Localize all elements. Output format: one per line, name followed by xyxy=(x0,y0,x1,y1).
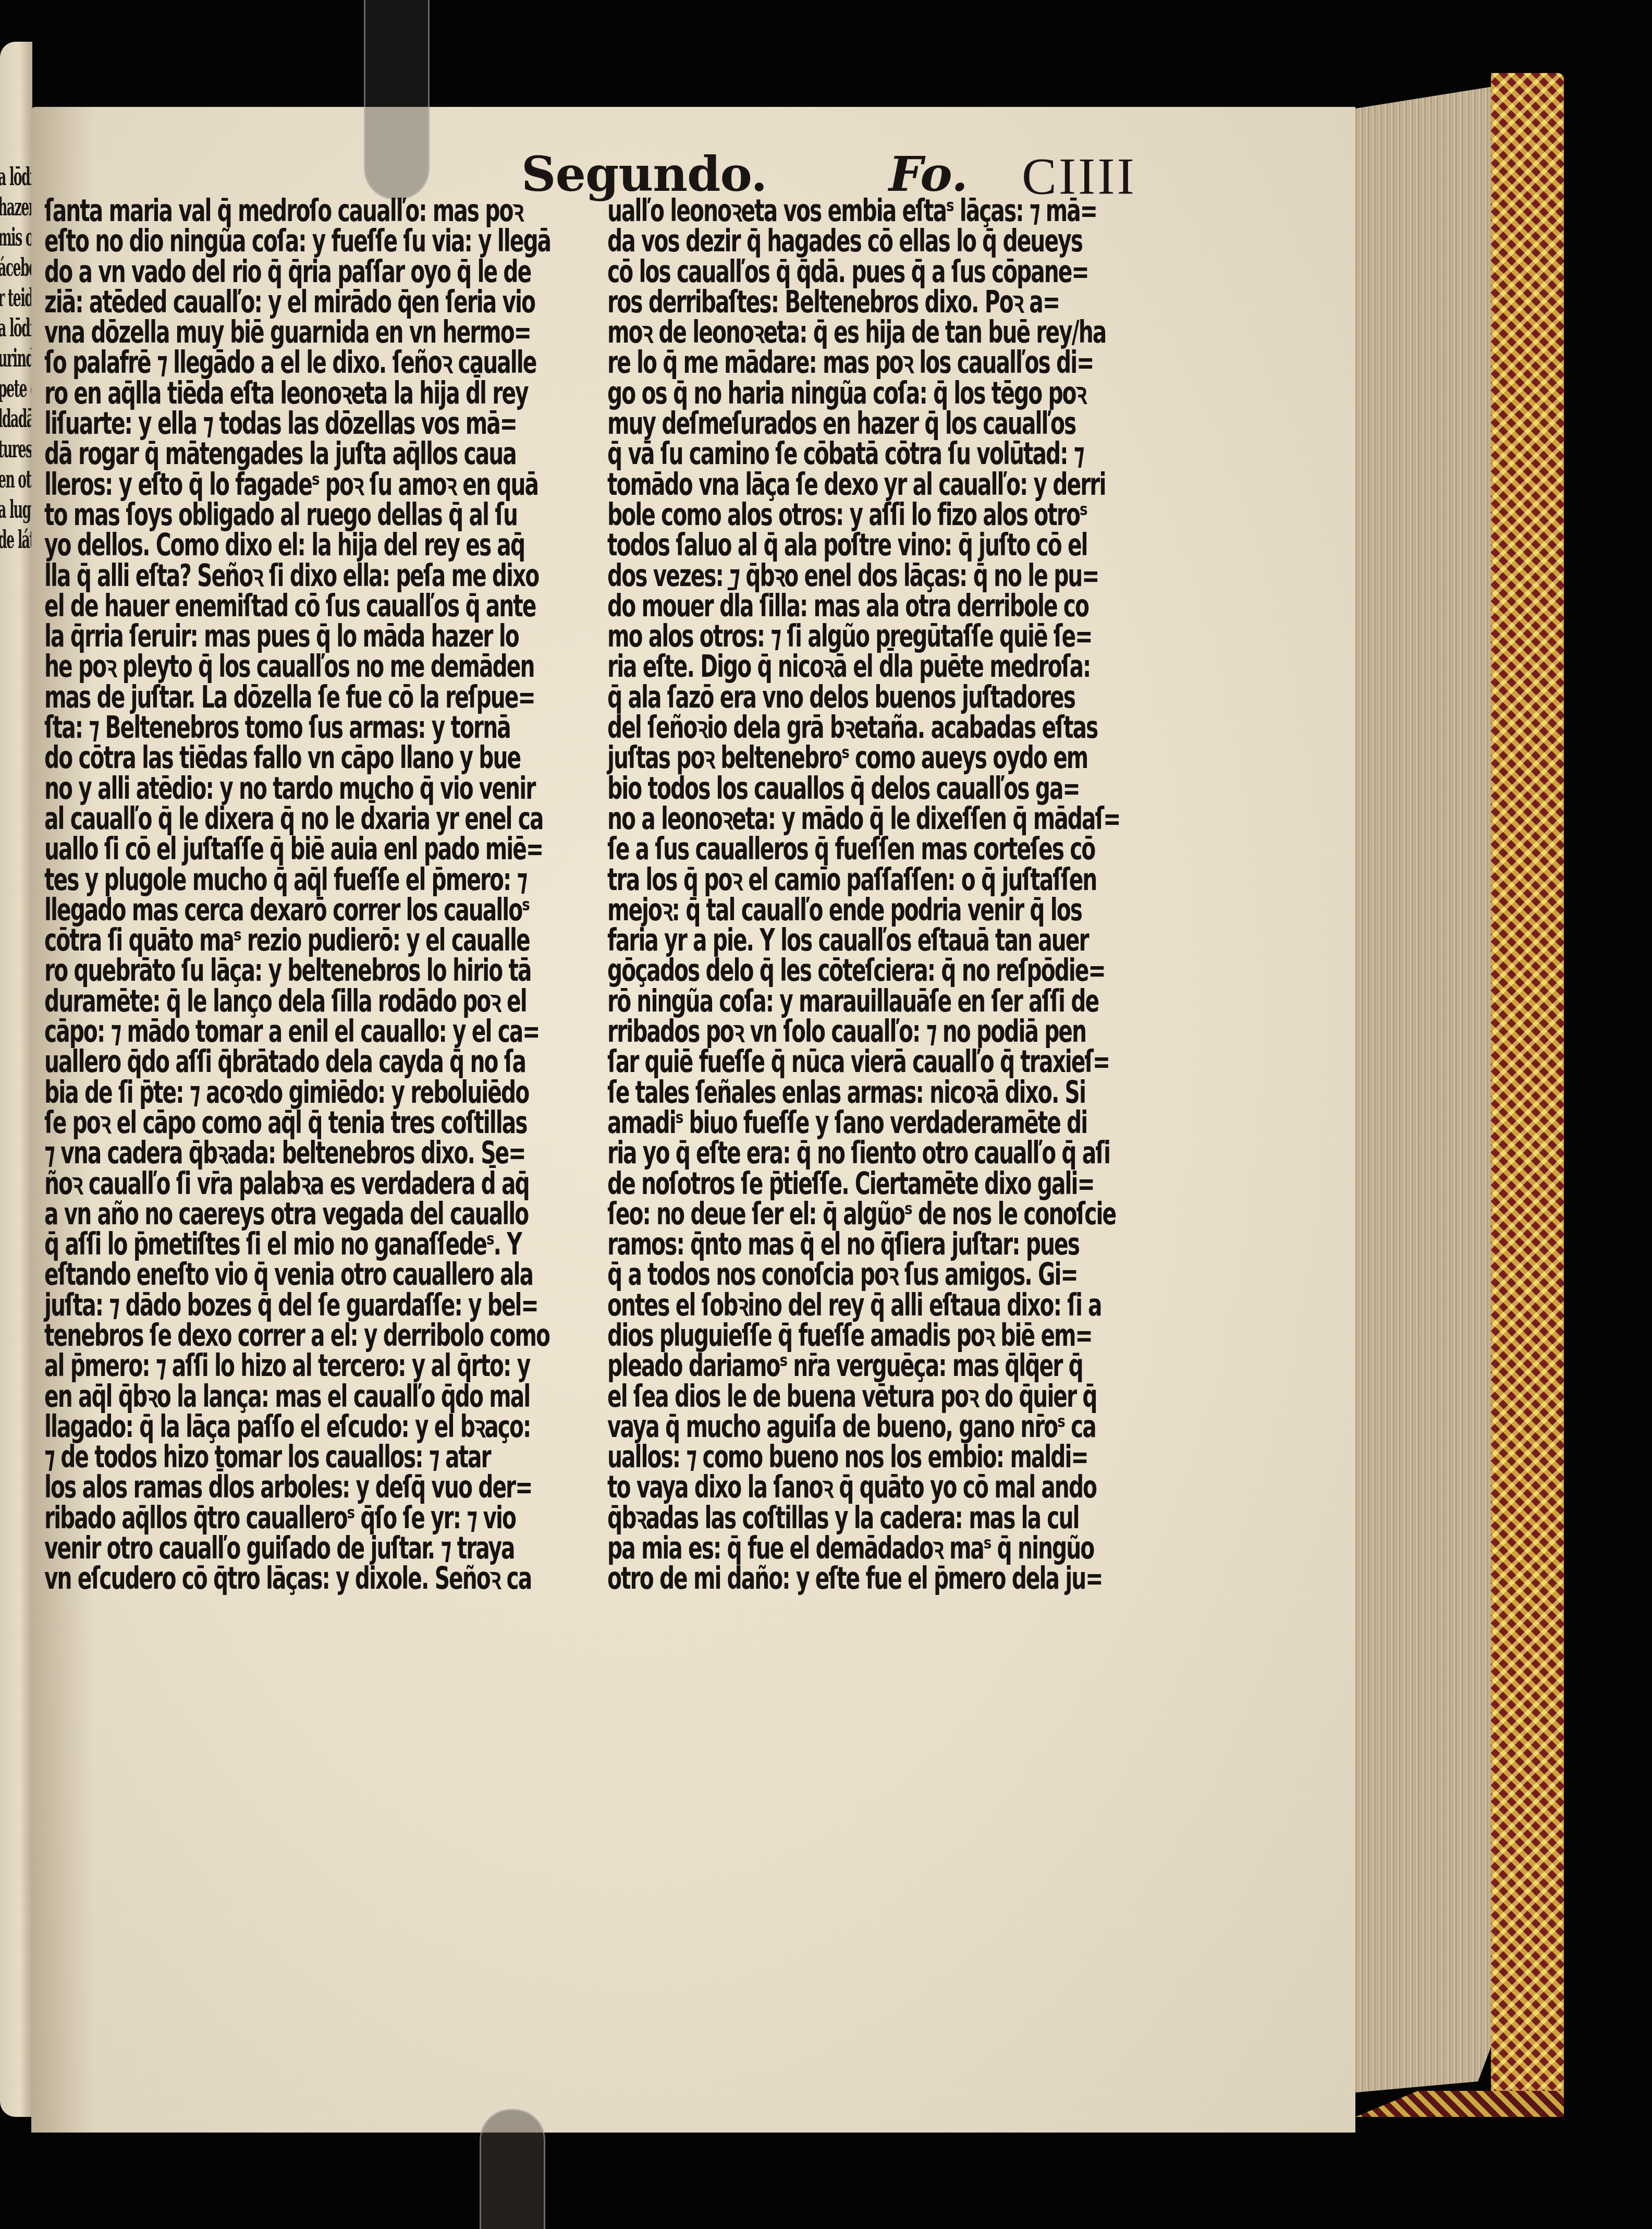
text-line: rō ningũa coſa: y marauillauāſe en ſer a… xyxy=(607,986,1018,1016)
text-line: yo dellos. Como dixo el: la hija del rey… xyxy=(44,530,465,560)
text-line: amadiˢ biuo fueſſe y ſano verdaderamēte … xyxy=(607,1107,1018,1138)
text-line: da vos dezir q̄ hagades cō ellas lo q̄ d… xyxy=(607,226,1018,256)
text-line: ro en aq̄lla tiēda eſta leonoꝛeta la hij… xyxy=(44,378,465,408)
text-line: ñoꝛ caualľo ſi vr̄a palabꝛa es verdadera… xyxy=(44,1168,465,1199)
text-line: el de hauer enemiſtad cō ſus caualľos q̄… xyxy=(44,591,465,621)
text-line: ⁊ vna cadera q̄bꝛada: beltenebros dixo. … xyxy=(44,1138,465,1168)
facing-line: áceboz xyxy=(0,252,32,283)
text-line: ſeo: no deue ſer el: q̄ algũoˢ de nos le… xyxy=(607,1199,1018,1229)
text-line: mo alos otros: ⁊ ſi algũo pregūtaſſe qui… xyxy=(607,621,1018,651)
text-line: bia de ſi p̄te: ⁊ acoꝛdo gimiēdo: y rebo… xyxy=(44,1077,465,1107)
text-line: ſe a ſus caualleros q̄ fueſſen mas corte… xyxy=(607,834,1018,864)
text-line: q̄ a todos nos conoſcia poꝛ ſus amigos. … xyxy=(607,1259,1018,1289)
text-line: ria yo q̄ eſte era: q̄ no ſiento otro ca… xyxy=(607,1138,1018,1168)
text-line: bole como alos otros: y aſſi lo fizo alo… xyxy=(607,500,1018,530)
text-line: q̄ vā ſu camino ſe cōbatā cōtra ſu volūt… xyxy=(607,439,1018,469)
facing-line: pete dize xyxy=(0,373,32,404)
text-line: mejoꝛ: q̄ tal caualľo ende podria venir … xyxy=(607,895,1018,925)
text-line: tomādo vna lāça ſe dexo yr al caualľo: y… xyxy=(607,469,1018,500)
text-line: q̄ ala ſazō era vno delos buenos juſtado… xyxy=(607,682,1018,712)
gilt-binding-corner xyxy=(1355,2091,1564,2117)
text-line: lleros: y eſto q̄ lo fagadeˢ poꝛ ſu amoꝛ… xyxy=(44,469,465,500)
text-line: no a leonoꝛeta: y mādo q̄ le dixeſſen q̄… xyxy=(607,803,1018,834)
text-line: q̄bꝛadas las coſtillas y la cadera: mas … xyxy=(607,1503,1018,1533)
text-line: tra los q̄ poꝛ el camīo paſſaſſen: o q̄ … xyxy=(607,864,1018,895)
text-line: ramos: q̄nto mas q̄ el no q̄ſiera juſtar… xyxy=(607,1229,1018,1259)
text-line: bio todos los cauallos q̄ delos caualľos… xyxy=(607,773,1018,803)
text-line: ro quebrāto ſu lāça: y beltenebros lo hi… xyxy=(44,955,465,985)
gilt-binding-edge xyxy=(1491,73,1564,2101)
text-line: to mas ſoys obligado al ruego dellas q̄ … xyxy=(44,500,465,530)
text-line: do a vn vado del rio q̄ q̄ria paſſar oyo… xyxy=(44,257,465,287)
text-line: el ſea dios le de buena vētura poꝛ do q̄… xyxy=(607,1381,1018,1411)
text-line: rribados poꝛ vn ſolo caualľo: ⁊ no podiā… xyxy=(607,1016,1018,1046)
text-line: al caualľo q̄ le dixera q̄ no le d̄xaria… xyxy=(44,803,465,834)
text-line: dos vezes: ⁊ q̄bꝛo enel dos lāças: q̄ no… xyxy=(607,561,1018,591)
text-line: vaya q̄ mucho aguiſa de bueno, gano nr̄o… xyxy=(607,1411,1018,1442)
text-line: todos ſaluo al q̄ ala poſtre vino: q̄ ju… xyxy=(607,530,1018,560)
text-line: del ſeñoꝛio dela grā bꝛetaña. acabadas e… xyxy=(607,712,1018,742)
facing-line: en otro a xyxy=(0,464,32,494)
facing-line: mis ob xyxy=(0,222,32,252)
text-line: otro de mi daño: y eſte fue el p̄mero de… xyxy=(607,1563,1018,1593)
text-line: ualľo leonoꝛeta vos embia eſtaˢ lāças: ⁊… xyxy=(607,196,1018,226)
book-clip-top xyxy=(364,0,430,200)
text-line: la q̄rria ſeruir: mas pues q̄ lo māda ha… xyxy=(44,621,465,651)
text-line: q̄ aſſi lo p̄metiſtes ſi el mio no ganaſ… xyxy=(44,1229,465,1259)
facing-page-text: a lōdre hazer o mis ob áceboz r teido a … xyxy=(1,162,32,555)
text-line: llegado mas cerca dexarō correr los caua… xyxy=(44,895,465,925)
text-line: de noſotros ſe p̄tieſſe. Ciertamēte dixo… xyxy=(607,1168,1018,1199)
text-line: to vaya dixo la ſanoꝛ q̄ quāto yo cō mal… xyxy=(607,1472,1018,1502)
text-line: lla q̄ alli eſta? Señoꝛ ſi dixo ella: pe… xyxy=(44,561,465,591)
text-line: los alos ramas d̄los arboles: y deſq̄ vu… xyxy=(44,1472,465,1502)
text-line: eſtando eneſto vio q̄ venia otro caualle… xyxy=(44,1259,465,1289)
text-line: ribado aq̄llos q̄tro caualleroˢ q̄ſo ſe … xyxy=(44,1503,465,1533)
text-line: no y alli atēdio: y no tardo mucho q̄ vi… xyxy=(44,773,465,803)
facing-line: a lōdres xyxy=(0,313,32,343)
text-line: ſe tales ſeñales enlas armas: nicoꝛā dix… xyxy=(607,1077,1018,1107)
facing-line: r teido xyxy=(0,283,32,313)
text-line: go os q̄ no haria ningũa coſa: q̄ los tē… xyxy=(607,378,1018,408)
facing-line: ldadā.L xyxy=(0,404,32,434)
facing-page-edge: a lōdre hazer o mis ob áceboz r teido a … xyxy=(0,42,32,2117)
text-line: uallos: ⁊ como bueno nos los embio: mald… xyxy=(607,1442,1018,1472)
text-line: do mouer d̄la ſilla: mas ala otra derrib… xyxy=(607,591,1018,621)
text-line: llagado: q̄ la lāça paſſo el eſcudo: y e… xyxy=(44,1411,465,1442)
text-line: liſuarte: y ella ⁊ todas las dōzellas vo… xyxy=(44,408,465,439)
text-line: ſar quiē fueſſe q̄ nūca vierā caualľo q̄… xyxy=(607,1046,1018,1077)
text-line: ⁊ de todos hizo tomar los cauallos: ⁊ at… xyxy=(44,1442,465,1472)
book-clip-bottom xyxy=(480,2109,545,2229)
text-line: ziā: atēded caualľo: y el mirādo q̄en ſe… xyxy=(44,287,465,317)
text-line: ſta: ⁊ Beltenebros tomo ſus armas: y tor… xyxy=(44,712,465,742)
facing-line: tures d xyxy=(0,434,32,464)
right-column: ualľo leonoꝛeta vos embia eſtaˢ lāças: ⁊… xyxy=(607,196,1134,1594)
text-line: pa mia es: q̄ fue el demādadoꝛ maˢ q̄ ni… xyxy=(607,1533,1018,1563)
text-line: ria eſte. Digo q̄ nicoꝛā el d̄la puēte m… xyxy=(607,651,1018,681)
text-line: eſto no dio ningũa coſa: y fueſſe ſu via… xyxy=(44,226,465,256)
text-line: al p̄mero: ⁊ aſſi lo hizo al tercero: y … xyxy=(44,1350,465,1381)
facing-line: a lugar f xyxy=(0,494,32,525)
text-line: dios pluguieſſe q̄ fueſſe amadis poꝛ biē… xyxy=(607,1320,1018,1350)
text-line: muy deſmeſurados en hazer q̄ los caualľo… xyxy=(607,408,1018,439)
facing-line: hazer o xyxy=(0,192,32,222)
text-line: re lo q̄ me mādare: mas poꝛ los caualľos… xyxy=(607,347,1018,377)
text-line: ſo palafrē ⁊ llegādo a el le dixo. ſeñoꝛ… xyxy=(44,347,465,377)
page-block-fore-edge xyxy=(1345,86,1496,2093)
text-line: vn eſcudero cō q̄tro lāças: y dixole. Se… xyxy=(44,1563,465,1593)
text-line: tes y plugole mucho q̄ aq̄l fueſſe el p̄… xyxy=(44,864,465,895)
text-line: en aq̄l q̄bꝛo la lança: mas el caualľo q… xyxy=(44,1381,465,1411)
text-line: tenebros ſe dexo correr a el: y derribol… xyxy=(44,1320,465,1350)
text-line: gōçados delo q̄ les cōteſciera: q̄ no re… xyxy=(607,955,1018,985)
text-line: ſanta maria val q̄ medroſo caualľo: mas … xyxy=(44,196,465,226)
text-line: faria yr a pie. Y los caualľos eſtauā ta… xyxy=(607,925,1018,955)
text-line: cō los caualľos q̄ q̄dā. pues q̄ a ſus c… xyxy=(607,257,1018,287)
text-line: vna dōzella muy biē guarnida en vn hermo… xyxy=(44,317,465,347)
facing-line: de láte xyxy=(0,525,32,555)
text-line: uallero q̄do aſſi q̄brātado dela cayda q… xyxy=(44,1046,465,1077)
text-line: ſe poꝛ el cāpo como aq̄l q̄ tenia tres c… xyxy=(44,1107,465,1138)
text-line: juſta: ⁊ dādo bozes q̄ del ſe guardaſſe:… xyxy=(44,1290,465,1320)
text-line: do cōtra las tiēdas fallo vn cāpo llano … xyxy=(44,742,465,773)
text-line: ontes el ſobꝛino del rey q̄ alli eſtaua … xyxy=(607,1290,1018,1320)
text-line: uallo ſi cō el juſtaſſe q̄ biē auia enl … xyxy=(44,834,465,864)
text-line: cōtra ſi quāto maˢ rezio pudierō: y el c… xyxy=(44,925,465,955)
text-line: ros derribaſtes: Beltenebros dixo. Poꝛ a… xyxy=(607,287,1018,317)
text-line: venir otro caualľo guiſado de juſtar. ⁊ … xyxy=(44,1533,465,1563)
facing-line: a lōdre xyxy=(0,162,32,192)
text-line: cāpo: ⁊ mādo tomar a enil el cauallo: y … xyxy=(44,1016,465,1046)
facing-line: urindia xyxy=(0,343,32,373)
text-line: pleado dariamoˢ nr̄a verguēça: mas q̄lq̄… xyxy=(607,1350,1018,1381)
text-line: he poꝛ pleyto q̄ los caualľos no me demā… xyxy=(44,651,465,681)
text-line: a vn año no caereys otra vegada del caua… xyxy=(44,1199,465,1229)
text-line: mas de juſtar. La dōzella ſe fue cō la r… xyxy=(44,682,465,712)
text-line: moꝛ de leonoꝛeta: q̄ es hija de tan buē … xyxy=(607,317,1018,347)
text-line: dā rogar q̄ mātengades la juſta aq̄llos … xyxy=(44,439,465,469)
left-column: ſanta maria val q̄ medroſo caualľo: mas … xyxy=(44,196,584,1594)
text-line: juſtas poꝛ beltenebroˢ como aueys oydo e… xyxy=(607,742,1018,773)
text-line: duramēte: q̄ le lanço dela ſilla rodādo … xyxy=(44,986,465,1016)
